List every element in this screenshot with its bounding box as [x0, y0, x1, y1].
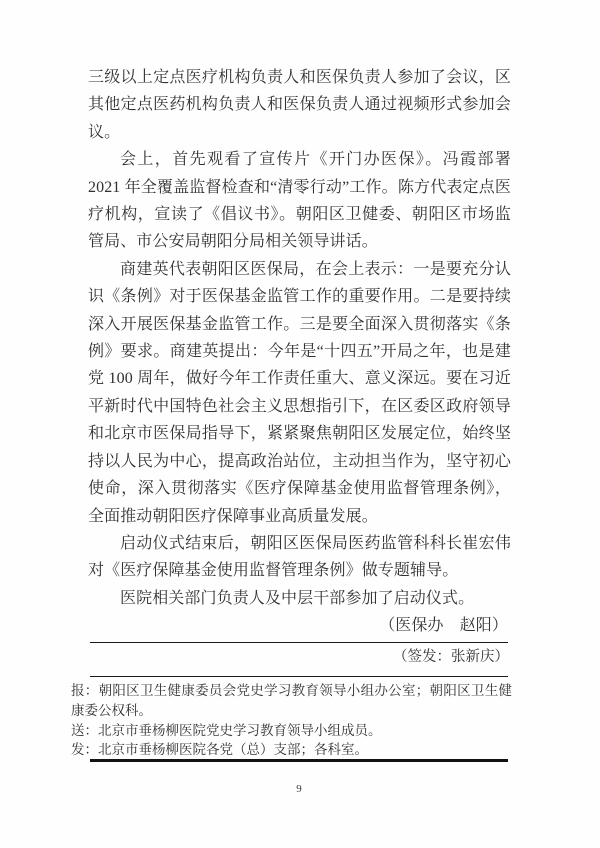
- separator-line-middle: [90, 676, 508, 677]
- separator-line-top: [90, 642, 508, 643]
- paragraph-continuation: 三级以上定点医疗机构负责人和医保负责人参加了会议，区其他定点医药机构负责人和医保…: [88, 64, 511, 146]
- document-page: 三级以上定点医疗机构负责人和医保负责人参加了会议，区其他定点医药机构负责人和医保…: [0, 0, 600, 848]
- cc-report-line: 报：朝阳区卫生健康委员会党史学习教育领导小组办公室；朝阳区卫生健康委公权科。: [71, 681, 512, 721]
- document-body: 三级以上定点医疗机构负责人和医保负责人参加了会议，区其他定点医药机构负责人和医保…: [88, 64, 511, 640]
- paragraph: 启动仪式结束后，朝阳区医保局医药监管科科长崔宏伟对《医疗保障基金使用监督管理条例…: [88, 530, 511, 585]
- paragraph: 会上，首先观看了宣传片《开门办医保》。冯霞部署 2021 年全覆盖监督检查和“清…: [88, 146, 511, 256]
- distribution-block: 报：朝阳区卫生健康委员会党史学习教育领导小组办公室；朝阳区卫生健康委公权科。 送…: [71, 681, 512, 760]
- bottom-rule: [90, 759, 508, 762]
- paragraph: 商建英代表朝阳区医保局，在会上表示：一是要充分认识《条例》对于医保基金监管工作的…: [88, 256, 511, 530]
- author-attribution: （医保办 赵阳）: [88, 612, 511, 639]
- cc-send-line: 送：北京市垂杨柳医院党史学习教育领导小组成员。: [71, 721, 512, 741]
- paragraph: 医院相关部门负责人及中层干部参加了启动仪式。: [88, 585, 511, 612]
- page-number: 9: [0, 783, 598, 795]
- signoff-line: （签发：张新庆）: [88, 646, 509, 668]
- cc-issue-line: 发：北京市垂杨柳医院各党（总）支部；各科室。: [71, 740, 512, 760]
